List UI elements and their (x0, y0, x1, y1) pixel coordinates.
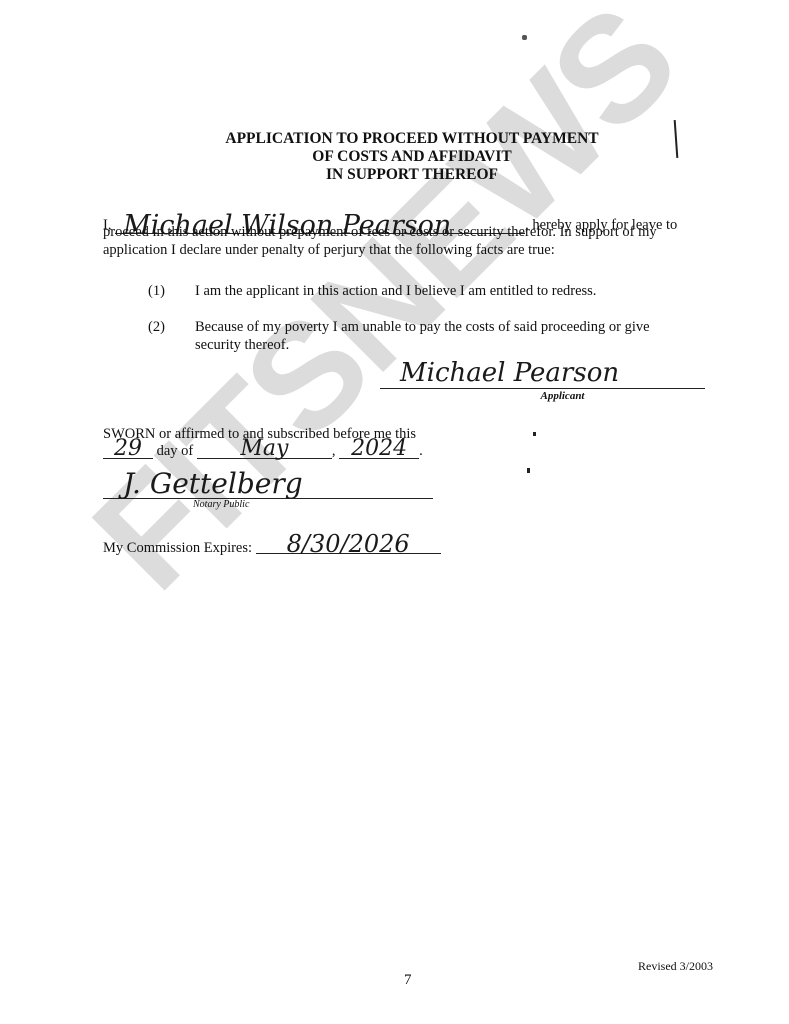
applicant-label: Applicant (380, 390, 705, 402)
notary-signature-block: J. Gettelberg Notary Public (103, 470, 433, 510)
commission-date: 8/30/2026 (256, 535, 441, 554)
signature-line (380, 388, 705, 389)
scan-mark (527, 468, 530, 473)
applicant-signature: Michael Pearson (380, 358, 705, 388)
comma: , (332, 443, 336, 459)
fact-number: (2) (148, 318, 188, 336)
notary-signature: J. Gettelberg (103, 470, 433, 498)
title-line-1: APPLICATION TO PROCEED WITHOUT PAYMENT (0, 130, 789, 148)
scan-mark (533, 432, 536, 436)
revised-note: Revised 3/2003 (638, 959, 713, 974)
sworn-day: 29 (103, 440, 153, 459)
opening-paragraph: proceed in this action without prepaymen… (103, 223, 723, 259)
title-line-2: OF COSTS AND AFFIDAVIT (0, 148, 789, 166)
commission-label: My Commission Expires: (103, 540, 252, 556)
document-page: FITSNEWS APPLICATION TO PROCEED WITHOUT … (0, 0, 789, 1024)
sworn-date-line: 29 day of May, 2024. (103, 440, 423, 460)
title-line-3: IN SUPPORT THEREOF (0, 166, 789, 184)
document-title: APPLICATION TO PROCEED WITHOUT PAYMENT O… (0, 130, 789, 184)
fact-number: (1) (148, 282, 188, 300)
fact-text: Because of my poverty I am unable to pay… (195, 318, 695, 354)
day-of-text: day of (157, 443, 194, 459)
fact-text: I am the applicant in this action and I … (195, 282, 695, 300)
sworn-month: May (197, 440, 332, 459)
applicant-signature-block: Michael Pearson Applicant (380, 358, 705, 402)
sworn-year: 2024 (339, 440, 419, 459)
commission-line: My Commission Expires: 8/30/2026 (103, 535, 441, 557)
page-number: 7 (404, 972, 412, 989)
period: . (419, 443, 423, 459)
scan-mark (522, 35, 527, 40)
notary-label: Notary Public (103, 499, 433, 510)
